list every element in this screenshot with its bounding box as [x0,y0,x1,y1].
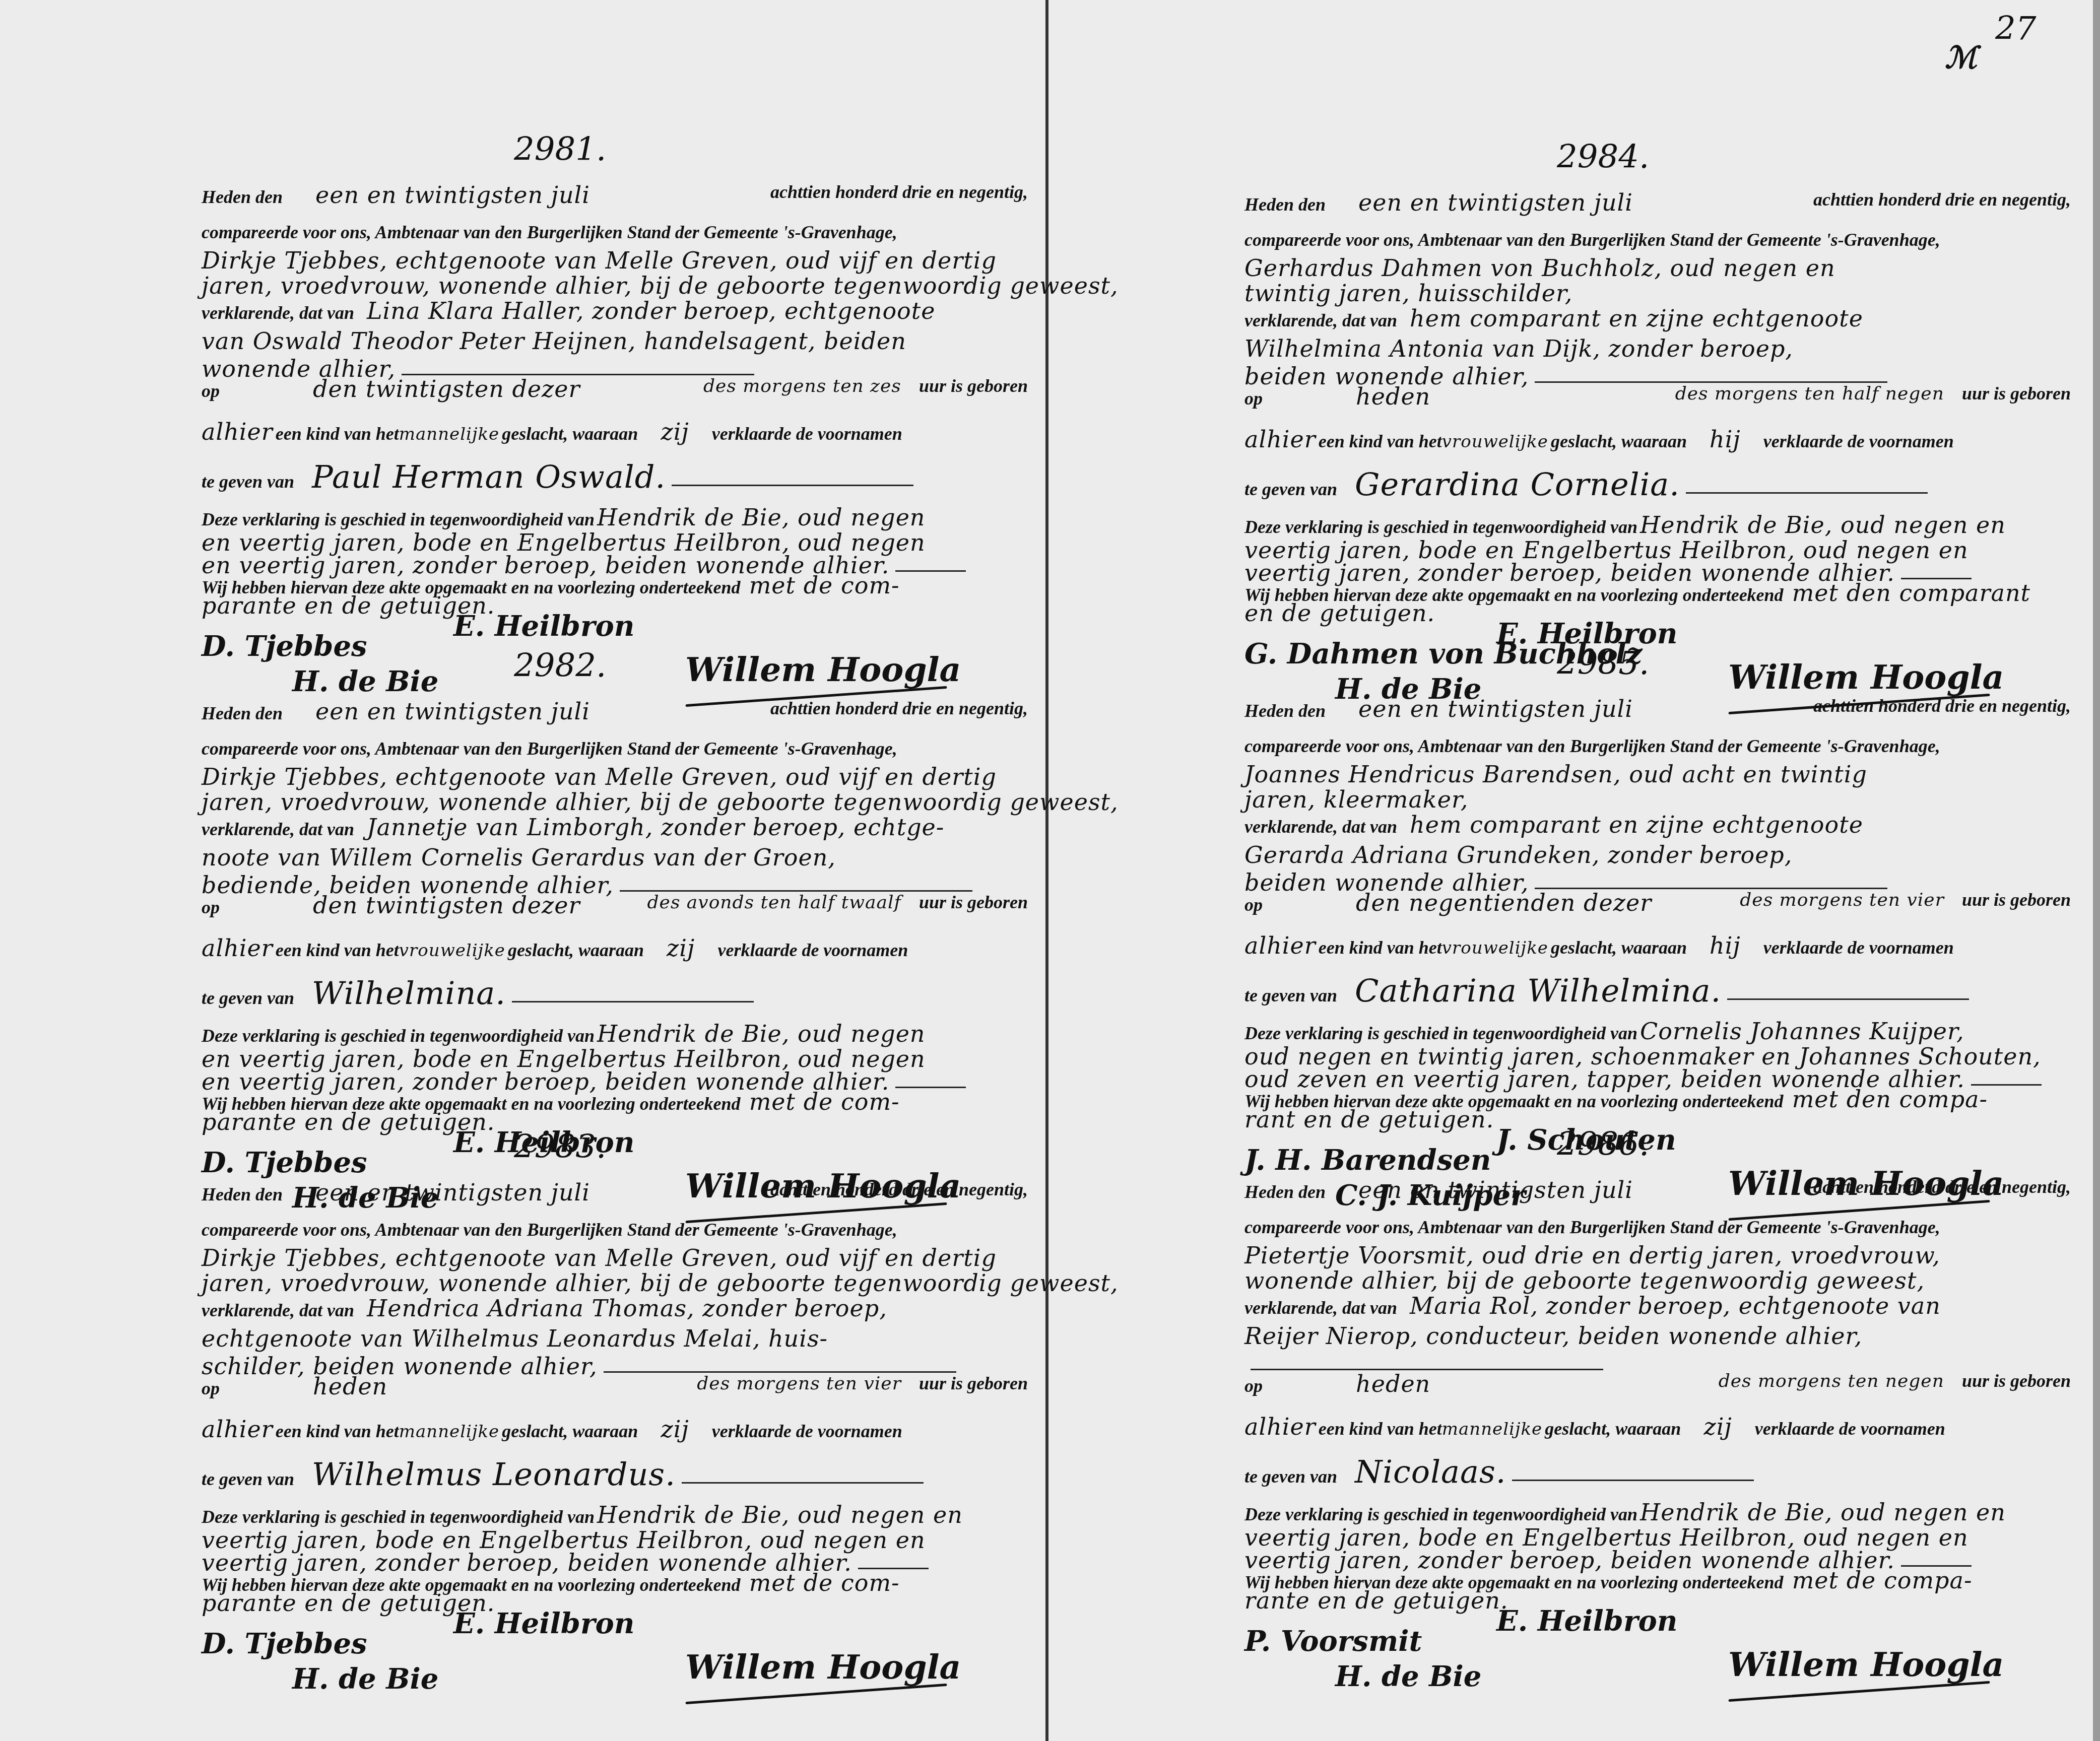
birth-day: den twintigsten dezer [313,375,580,403]
form-te-geven: te geven van [202,472,294,492]
form-uur: uur is geboren [1962,383,2071,404]
form-verklarende: verklarende, dat van [1244,817,1397,837]
form-uur: uur is geboren [1962,890,2071,910]
signed-with-2: parante en de getuigen. [202,1108,495,1135]
birth-time: des morgens ten half negen [1675,383,1944,404]
child-given-names: Catharina Wilhelmina. [1355,972,1721,1009]
form-op: op [202,381,220,401]
birth-record: 2985.Heden den een en twintigsten juli a… [1244,660,2071,1144]
child-sex: mannelijke [1442,1419,1542,1439]
declarer-pronoun: zij [667,934,695,962]
declarant-line-1: Dirkje Tjebbes, echtgenoote van Melle Gr… [202,247,997,274]
declarant-line-1: Joannes Hendricus Barendsen, oud acht en… [1244,761,1867,788]
page-number: 27 [1995,10,2036,47]
birth-record: 2986.Heden den een en twintigsten juli a… [1244,1141,2071,1625]
witnesses-line-1: Hendrik de Bie, oud negen [597,1020,925,1047]
form-te-geven: te geven van [202,988,294,1008]
form-compareerde: compareerde voor ons, Ambtenaar van den … [202,222,897,242]
form-geslacht: geslacht, waaraan [1545,1419,1681,1439]
birth-time: des morgens ten vier [697,1373,901,1394]
witnesses-line-1: Cornelis Johannes Kuijper, [1640,1018,1964,1045]
child-sex: mannelijke [399,1422,499,1442]
declarant-line-1: Dirkje Tjebbes, echtgenoote van Melle Gr… [202,763,997,790]
mother-line-2: Wilhelmina Antonia van Dijk, zonder bero… [1244,335,1793,362]
form-uur: uur is geboren [919,376,1028,396]
form-deze-verklaring: Deze verklaring is geschied in tegenwoor… [1244,517,1637,537]
form-verklaarde: verklaarde de voornamen [1755,1419,1945,1439]
form-year: achttien honderd drie en negentig, [770,181,1028,203]
record-number: 2986. [1557,1126,1649,1163]
form-heden-den: Heden den [202,187,283,207]
signed-with-2: parante en de getuigen. [202,1589,495,1617]
witnesses-line-1: Hendrik de Bie, oud negen en [1640,1499,2006,1526]
witnesses-line-1: Hendrik de Bie, oud negen en [1640,511,2006,539]
birth-day: heden [313,1373,387,1400]
form-kind: een kind van het [276,940,399,960]
page-edge [2093,0,2100,1741]
signature-registrar: Willem Hoogla [685,1647,961,1687]
form-geslacht: geslacht, waaraan [508,940,644,960]
declarant-line-1: Gerhardus Dahmen von Buchholz, oud negen… [1244,254,1835,282]
form-op: op [1244,1376,1263,1396]
record-number: 2984. [1557,139,1649,176]
record-date: een en twintigsten juli [315,698,590,725]
declarant-line-2: jaren, kleermaker, [1244,786,1469,813]
form-verklarende: verklarende, dat van [202,819,354,839]
declarer-pronoun: hij [1710,932,1741,959]
child-given-names: Paul Herman Oswald. [312,458,666,495]
signature-witness-1: E. Heilbron [453,610,635,643]
form-verklaarde: verklaarde de voornamen [712,1421,902,1441]
form-verklarende: verklarende, dat van [202,1300,354,1320]
signed-with-2: en de getuigen. [1244,599,1435,627]
form-uur: uur is geboren [919,1373,1028,1393]
form-geslacht: geslacht, waaraan [502,424,638,444]
form-verklaarde: verklaarde de voornamen [717,940,908,960]
form-alhier: alhier [202,1416,273,1443]
birth-record: 2982.Heden den een en twintigsten juli a… [202,662,1028,1146]
mother-line-2: Reijer Nierop, conducteur, beiden wonend… [1244,1322,1862,1350]
form-verklaarde: verklaarde de voornamen [712,424,902,444]
declarant-line-2: jaren, vroedvrouw, wonende alhier, bij d… [202,1269,1119,1297]
mother-line-2: noote van Willem Cornelis Gerardus van d… [202,844,836,871]
child-sex: vrouwelijke [399,941,505,961]
declarant-line-2: jaren, vroedvrouw, wonende alhier, bij d… [202,272,1119,299]
record-date: een en twintigsten juli [315,1179,590,1206]
form-uur: uur is geboren [1962,1371,2071,1391]
form-compareerde: compareerde voor ons, Ambtenaar van den … [1244,230,1940,250]
birth-record: 2983.Heden den een en twintigsten juli a… [202,1144,1028,1627]
mother-line-1: hem comparant en zijne echtgenoote [1410,305,1863,332]
signed-with-2: rant en de getuigen. [1244,1106,1494,1133]
witnesses-line-1: Hendrik de Bie, oud negen [597,504,925,531]
page-initials-paraph: ℳ [1945,40,1977,76]
record-number: 2985. [1557,645,1649,682]
form-kind: een kind van het [1319,1419,1442,1439]
form-deze-verklaring: Deze verklaring is geschied in tegenwoor… [1244,1504,1637,1524]
form-verklarende: verklarende, dat van [1244,310,1397,330]
form-te-geven: te geven van [202,1469,294,1489]
declarer-pronoun: hij [1710,426,1741,453]
signed-with-2: rante en de getuigen. [1244,1587,1508,1614]
signed-with-2: parante en de getuigen. [202,592,495,619]
form-deze-verklaring: Deze verklaring is geschied in tegenwoor… [202,1507,595,1527]
form-kind: een kind van het [276,424,399,444]
child-sex: vrouwelijke [1442,432,1548,452]
declarer-pronoun: zij [661,1416,689,1443]
form-geslacht: geslacht, waaraan [502,1421,638,1441]
declarant-line-2: wonende alhier, bij de geboorte tegenwoo… [1244,1267,1925,1294]
signature-witness-2: H. de Bie [292,1662,438,1696]
birth-record: 2981.Heden den een en twintigsten juli a… [202,146,1028,630]
mother-line-1: Hendrica Adriana Thomas, zonder beroep, [367,1295,887,1322]
form-geslacht: geslacht, waaraan [1551,938,1687,958]
birth-day: den negentienden dezer [1356,889,1652,916]
declarant-line-1: Dirkje Tjebbes, echtgenoote van Melle Gr… [202,1244,997,1271]
birth-day: heden [1356,383,1430,410]
form-compareerde: compareerde voor ons, Ambtenaar van den … [1244,736,1940,756]
form-heden-den: Heden den [202,703,283,723]
mother-line-1: Lina Klara Haller, zonder beroep, echtge… [367,297,935,324]
form-heden-den: Heden den [202,1184,283,1204]
signature-registrar: Willem Hoogla [1728,1645,2004,1684]
form-deze-verklaring: Deze verklaring is geschied in tegenwoor… [202,1026,595,1046]
declarant-line-1: Pietertje Voorsmit, oud drie en dertig j… [1244,1242,1940,1269]
signature-witness-2: H. de Bie [1335,1660,1481,1693]
record-number: 2983. [514,1128,606,1166]
form-te-geven: te geven van [1244,479,1337,499]
form-heden-den: Heden den [1244,1182,1326,1202]
child-sex: mannelijke [399,424,499,444]
form-op: op [1244,895,1263,915]
form-geslacht: geslacht, waaraan [1551,431,1687,451]
witnesses-line-1: Hendrik de Bie, oud negen en [597,1501,963,1528]
signature-witness-1: E. Heilbron [453,1607,635,1640]
birth-time: des morgens ten negen [1719,1371,1944,1391]
mother-line-1: Jannetje van Limborgh, zonder beroep, ec… [367,814,944,841]
form-alhier: alhier [1244,932,1316,959]
declarant-line-2: twintig jaren, huisschilder, [1244,280,1572,307]
record-date: een en twintigsten juli [1358,1176,1633,1203]
declarer-pronoun: zij [661,418,689,445]
form-uur: uur is geboren [919,892,1028,912]
form-year: achttien honderd drie en negentig, [770,698,1028,719]
form-op: op [202,1378,220,1398]
declarer-pronoun: zij [1703,1413,1732,1440]
form-heden-den: Heden den [1244,701,1326,721]
child-given-names: Wilhelmus Leonardus. [312,1456,676,1493]
birth-time: des morgens ten vier [1740,890,1944,910]
record-number: 2982. [514,647,606,685]
birth-day: den twintigsten dezer [313,892,580,919]
birth-day: heden [1356,1370,1430,1397]
form-compareerde: compareerde voor ons, Ambtenaar van den … [1244,1217,1940,1237]
form-alhier: alhier [1244,426,1316,453]
form-heden-den: Heden den [1244,194,1326,215]
form-te-geven: te geven van [1244,1466,1337,1487]
signature-declarant: D. Tjebbes [202,1627,367,1660]
record-date: een en twintigsten juli [1358,695,1633,722]
form-kind: een kind van het [1319,938,1442,958]
form-alhier: alhier [202,418,273,445]
mother-line-2: echtgenoote van Wilhelmus Leonardus Mela… [202,1325,828,1352]
form-alhier: alhier [202,934,273,962]
form-year: achttien honderd drie en negentig, [1813,695,2071,716]
form-kind: een kind van het [1319,431,1442,451]
form-verklaarde: verklaarde de voornamen [1763,431,1954,451]
form-verklarende: verklarende, dat van [1244,1298,1397,1318]
record-number: 2981. [514,131,606,168]
form-deze-verklaring: Deze verklaring is geschied in tegenwoor… [202,509,595,529]
birth-record: 2984.Heden den een en twintigsten juli a… [1244,154,2071,637]
form-compareerde: compareerde voor ons, Ambtenaar van den … [202,1220,897,1240]
page-gutter [1045,0,1048,1741]
form-verklaarde: verklaarde de voornamen [1763,938,1954,958]
signature-witness-1: E. Heilbron [1496,1604,1678,1638]
mother-line-1: hem comparant en zijne echtgenoote [1410,811,1863,838]
form-compareerde: compareerde voor ons, Ambtenaar van den … [202,739,897,759]
form-verklarende: verklarende, dat van [202,303,354,323]
form-year: achttien honderd drie en negentig, [1813,189,2071,210]
child-given-names: Wilhelmina. [312,975,506,1012]
form-year: achttien honderd drie en negentig, [770,1179,1028,1200]
mother-line-2: van Oswald Theodor Peter Heijnen, handel… [202,327,906,355]
declarant-line-2: jaren, vroedvrouw, wonende alhier, bij d… [202,788,1119,816]
mother-line-1: Maria Rol, zonder beroep, echtgenoote va… [1410,1292,1941,1319]
form-op: op [202,897,220,917]
form-kind: een kind van het [276,1421,399,1441]
form-year: achttien honderd drie en negentig, [1813,1176,2071,1197]
form-op: op [1244,388,1263,409]
form-deze-verklaring: Deze verklaring is geschied in tegenwoor… [1244,1023,1637,1043]
signature-declarant: D. Tjebbes [202,630,367,663]
mother-line-2: Gerarda Adriana Grundeken, zonder beroep… [1244,841,1792,868]
birth-time: des morgens ten zes [703,376,901,396]
record-date: een en twintigsten juli [315,181,590,209]
record-date: een en twintigsten juli [1358,189,1633,216]
child-given-names: Gerardina Cornelia. [1355,466,1680,503]
child-given-names: Nicolaas. [1355,1453,1506,1490]
child-sex: vrouwelijke [1442,938,1548,958]
signature-declarant: P. Voorsmit [1244,1625,1422,1658]
form-alhier: alhier [1244,1413,1316,1440]
form-te-geven: te geven van [1244,985,1337,1006]
birth-time: des avonds ten half twaalf [647,892,901,913]
